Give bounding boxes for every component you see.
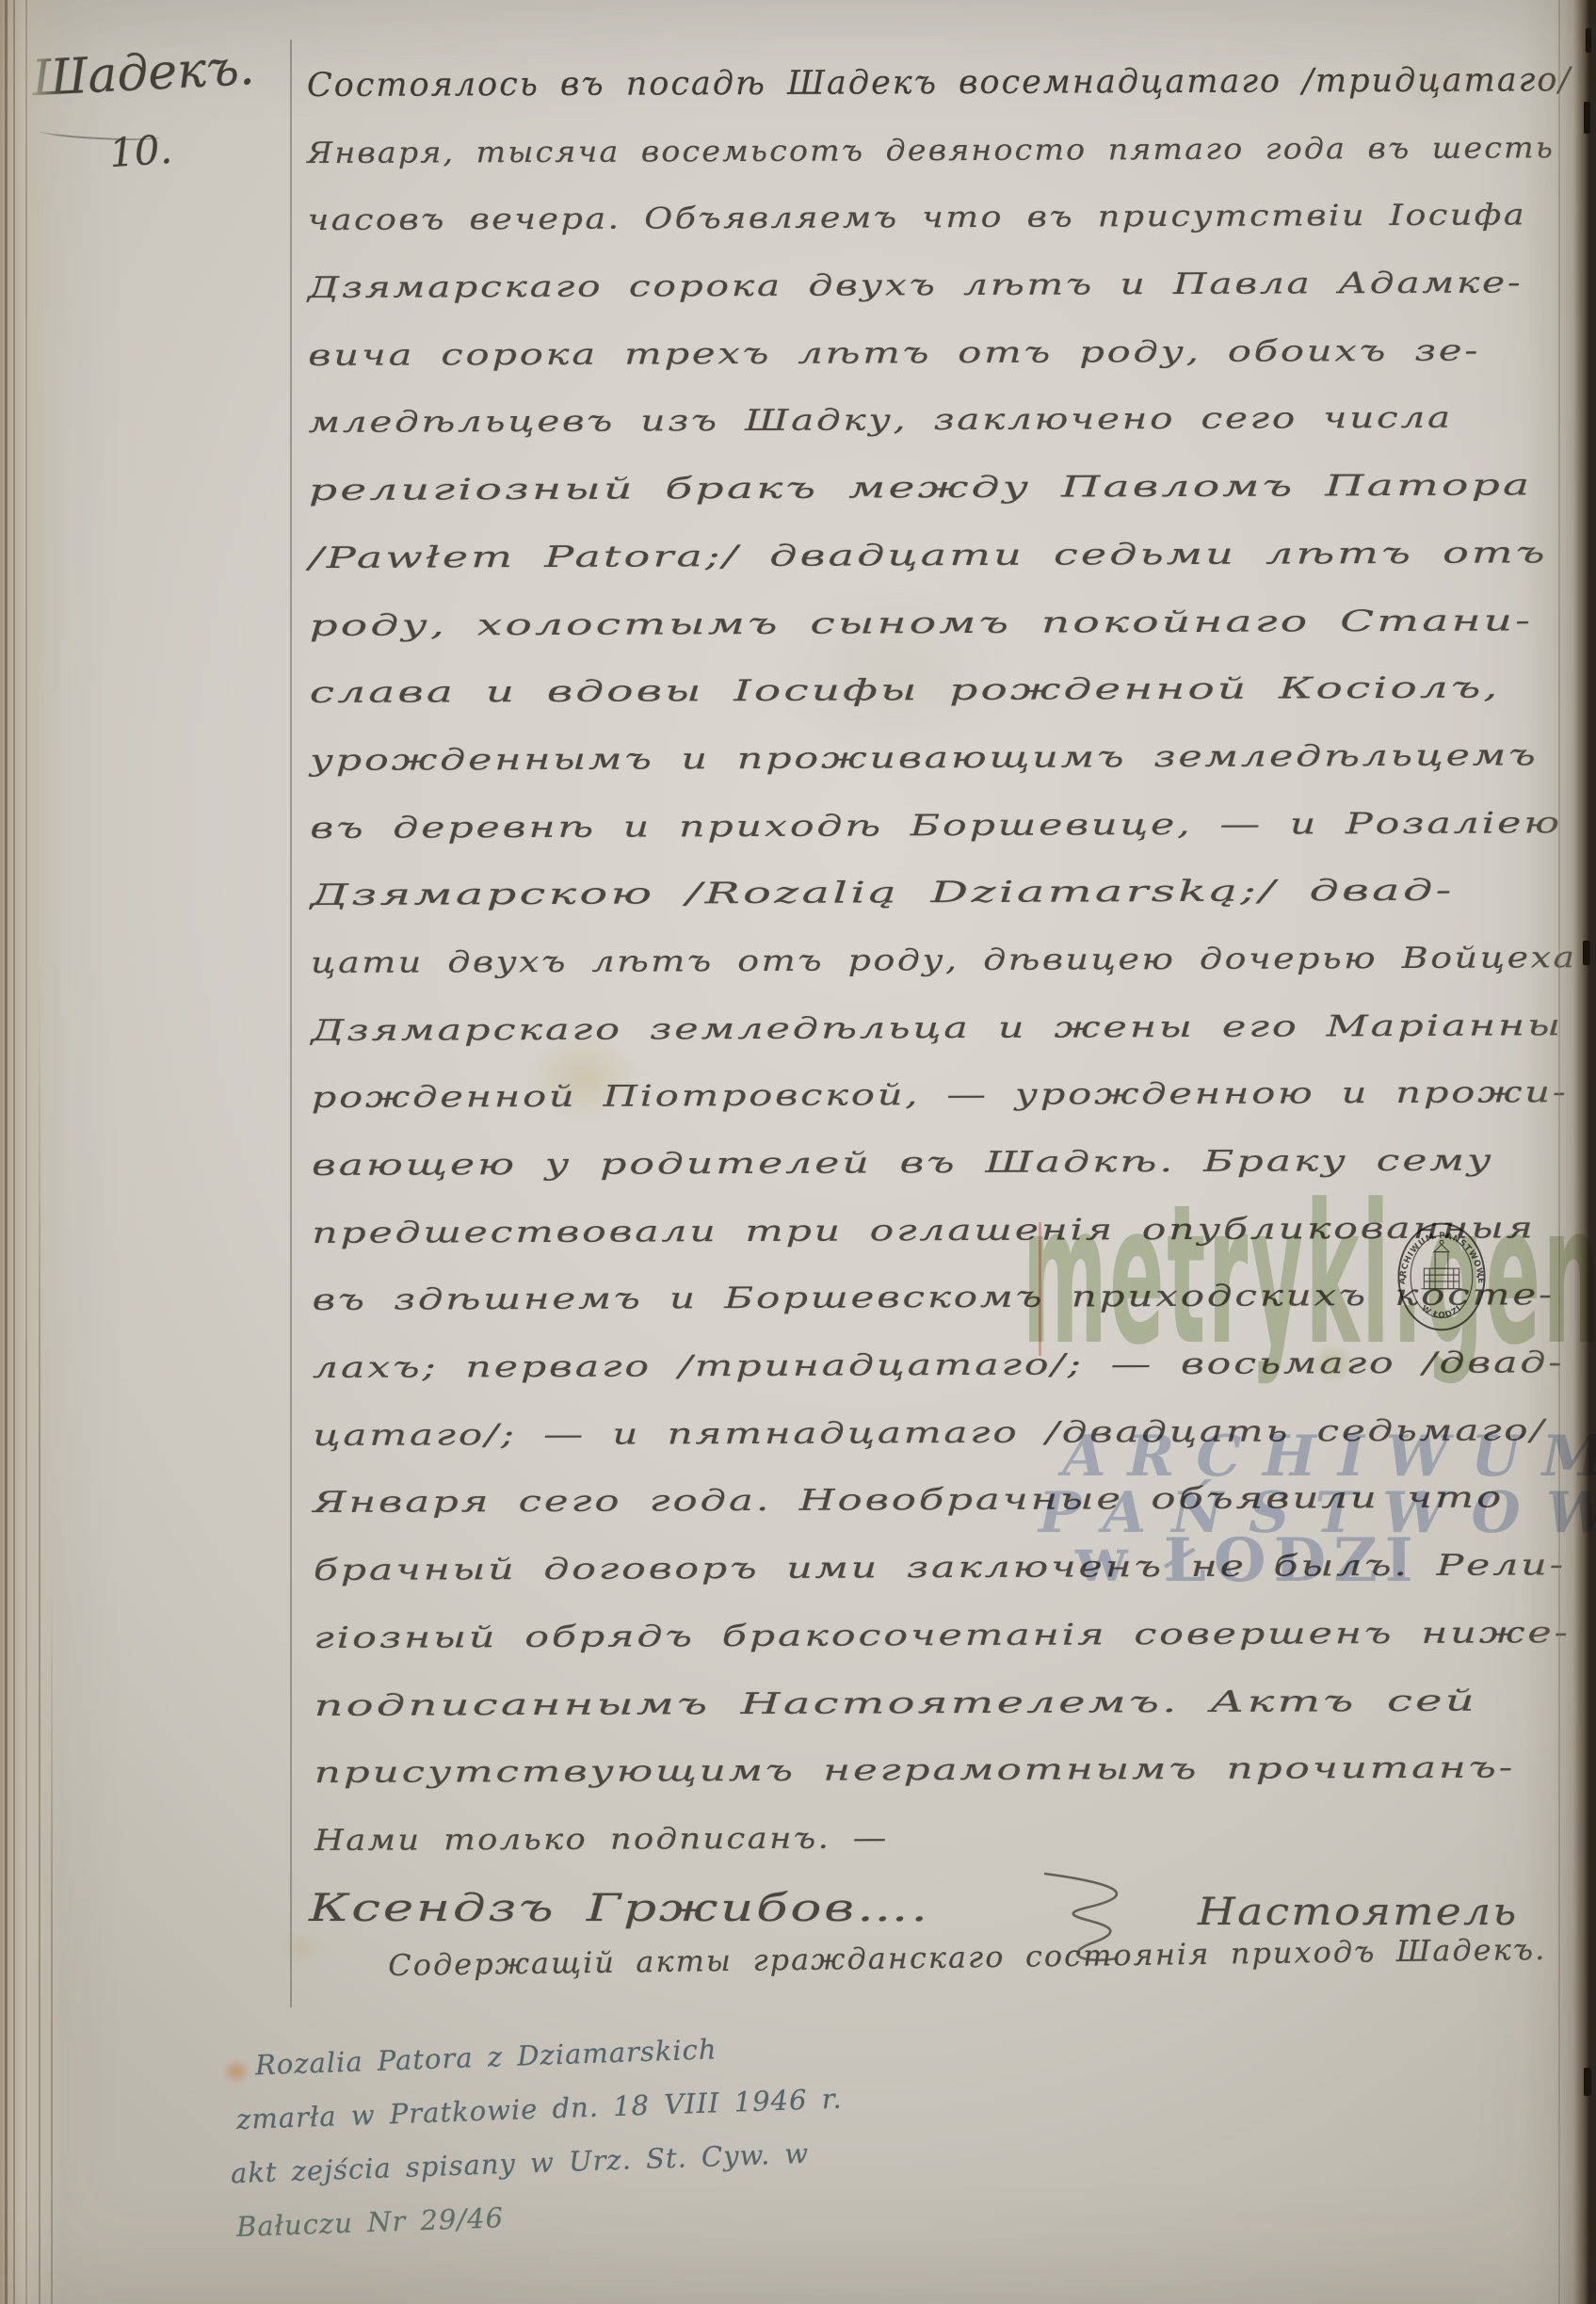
celebrant-title-text: Настоятель (1198, 1891, 1519, 1934)
act-line-5: вича сорока трехъ лѣтъ отъ роду, обоихъ … (308, 317, 1480, 390)
registrar-signature-text: Содержащій акты гражданскаго состоянія п… (388, 1933, 1547, 1983)
act-line-3: часовъ вечера. Объявляемъ что въ присутс… (307, 183, 1526, 255)
page-edge-line (25, 0, 27, 2304)
archive-watermark-line-3: w ŁODZI (1075, 1525, 1421, 1596)
act-line-8: /Pawłem Patora;/ двадцати седьми лѣтъ от… (309, 520, 1548, 592)
metryki-site-watermark: metryki.gene (1023, 1180, 1596, 1373)
act-line-24: гіозный обрядъ бракосочетанія совершенъ … (314, 1600, 1571, 1673)
act-line-4: Дзямарскаго сорока двухъ лѣтъ и Павла Ад… (308, 250, 1523, 322)
act-line-16: рожденной Піотровской, — урожденною и пр… (311, 1060, 1568, 1134)
act-line-7: религіозный бракъ между Павломъ Патора (309, 453, 1533, 525)
act-line-1: Состоялось въ посадѣ Шадекъ восемнадцата… (307, 47, 1572, 121)
act-line-26: присутствующимъ неграмотнымъ прочитанъ- (314, 1735, 1516, 1808)
edge-mark (1583, 941, 1590, 965)
act-line-15: Дзямарскаго земледѣльца и жены его Маріа… (311, 992, 1563, 1065)
act-line-9: роду, холостымъ сыномъ покойнаго Стани- (309, 588, 1533, 660)
left-binding-edge (0, 0, 66, 2304)
svg-text:W ŁODZI: W ŁODZI (1419, 1304, 1463, 1321)
act-line-13: Дзямарскою /Rozalią Dziamarską;/ двад- (311, 858, 1455, 930)
margin-rule-line (290, 40, 292, 2007)
margin-note-act-number: 10. (107, 126, 173, 177)
stamp-bottom-text: W ŁODZI (1419, 1304, 1463, 1321)
page-edge-line (51, 0, 53, 2304)
act-line-6: мледѣльцевъ изъ Шадку, заключено сего чи… (308, 385, 1453, 458)
act-line-12: въ деревнѣ и приходѣ Боршевице, — и Роза… (310, 790, 1562, 862)
act-line-2: Января, тысяча восемьсотъ девяносто пята… (307, 115, 1555, 187)
stamp-building-icon (1421, 1240, 1461, 1288)
right-page-edge-shadow (1521, 0, 1596, 2304)
act-line-14: цати двухъ лѣтъ отъ роду, дѣвицею дочерь… (311, 925, 1577, 998)
act-line-11: урожденнымъ и проживающимъ земледѣльцемъ (310, 722, 1539, 795)
edge-mark (1584, 102, 1590, 134)
celebrant-signature-text: Ксендзъ Гржибов…. (309, 1887, 930, 1930)
edge-mark (1586, 28, 1591, 53)
page-edge-line (5, 0, 8, 2304)
page-edge-line (13, 0, 15, 2304)
act-line-10: слава и вдовы Іосифы рожденной Косіолъ, (310, 655, 1501, 728)
page-edge-line (39, 0, 40, 2304)
act-text-block: Состоялось въ посадѣ Шадекъ восемнадцата… (307, 53, 333, 1876)
archive-stamp: ARCHIWUM PAŃSTWOWE W ŁODZI (1395, 1220, 1488, 1333)
scanned-registry-page: Шадекъ. 10. Состоялось въ посадѣ Шадекъ … (0, 0, 1596, 2304)
annotation-line-4: Bałuczu Nr 29/46 (235, 2191, 505, 2254)
paper-stain (279, 1932, 322, 1964)
act-line-25: подписаннымъ Настоятелемъ. Актъ сей (314, 1668, 1477, 1740)
edge-mark (1584, 2068, 1591, 2096)
act-line-27: Нами только подписанъ. — (314, 1805, 889, 1875)
